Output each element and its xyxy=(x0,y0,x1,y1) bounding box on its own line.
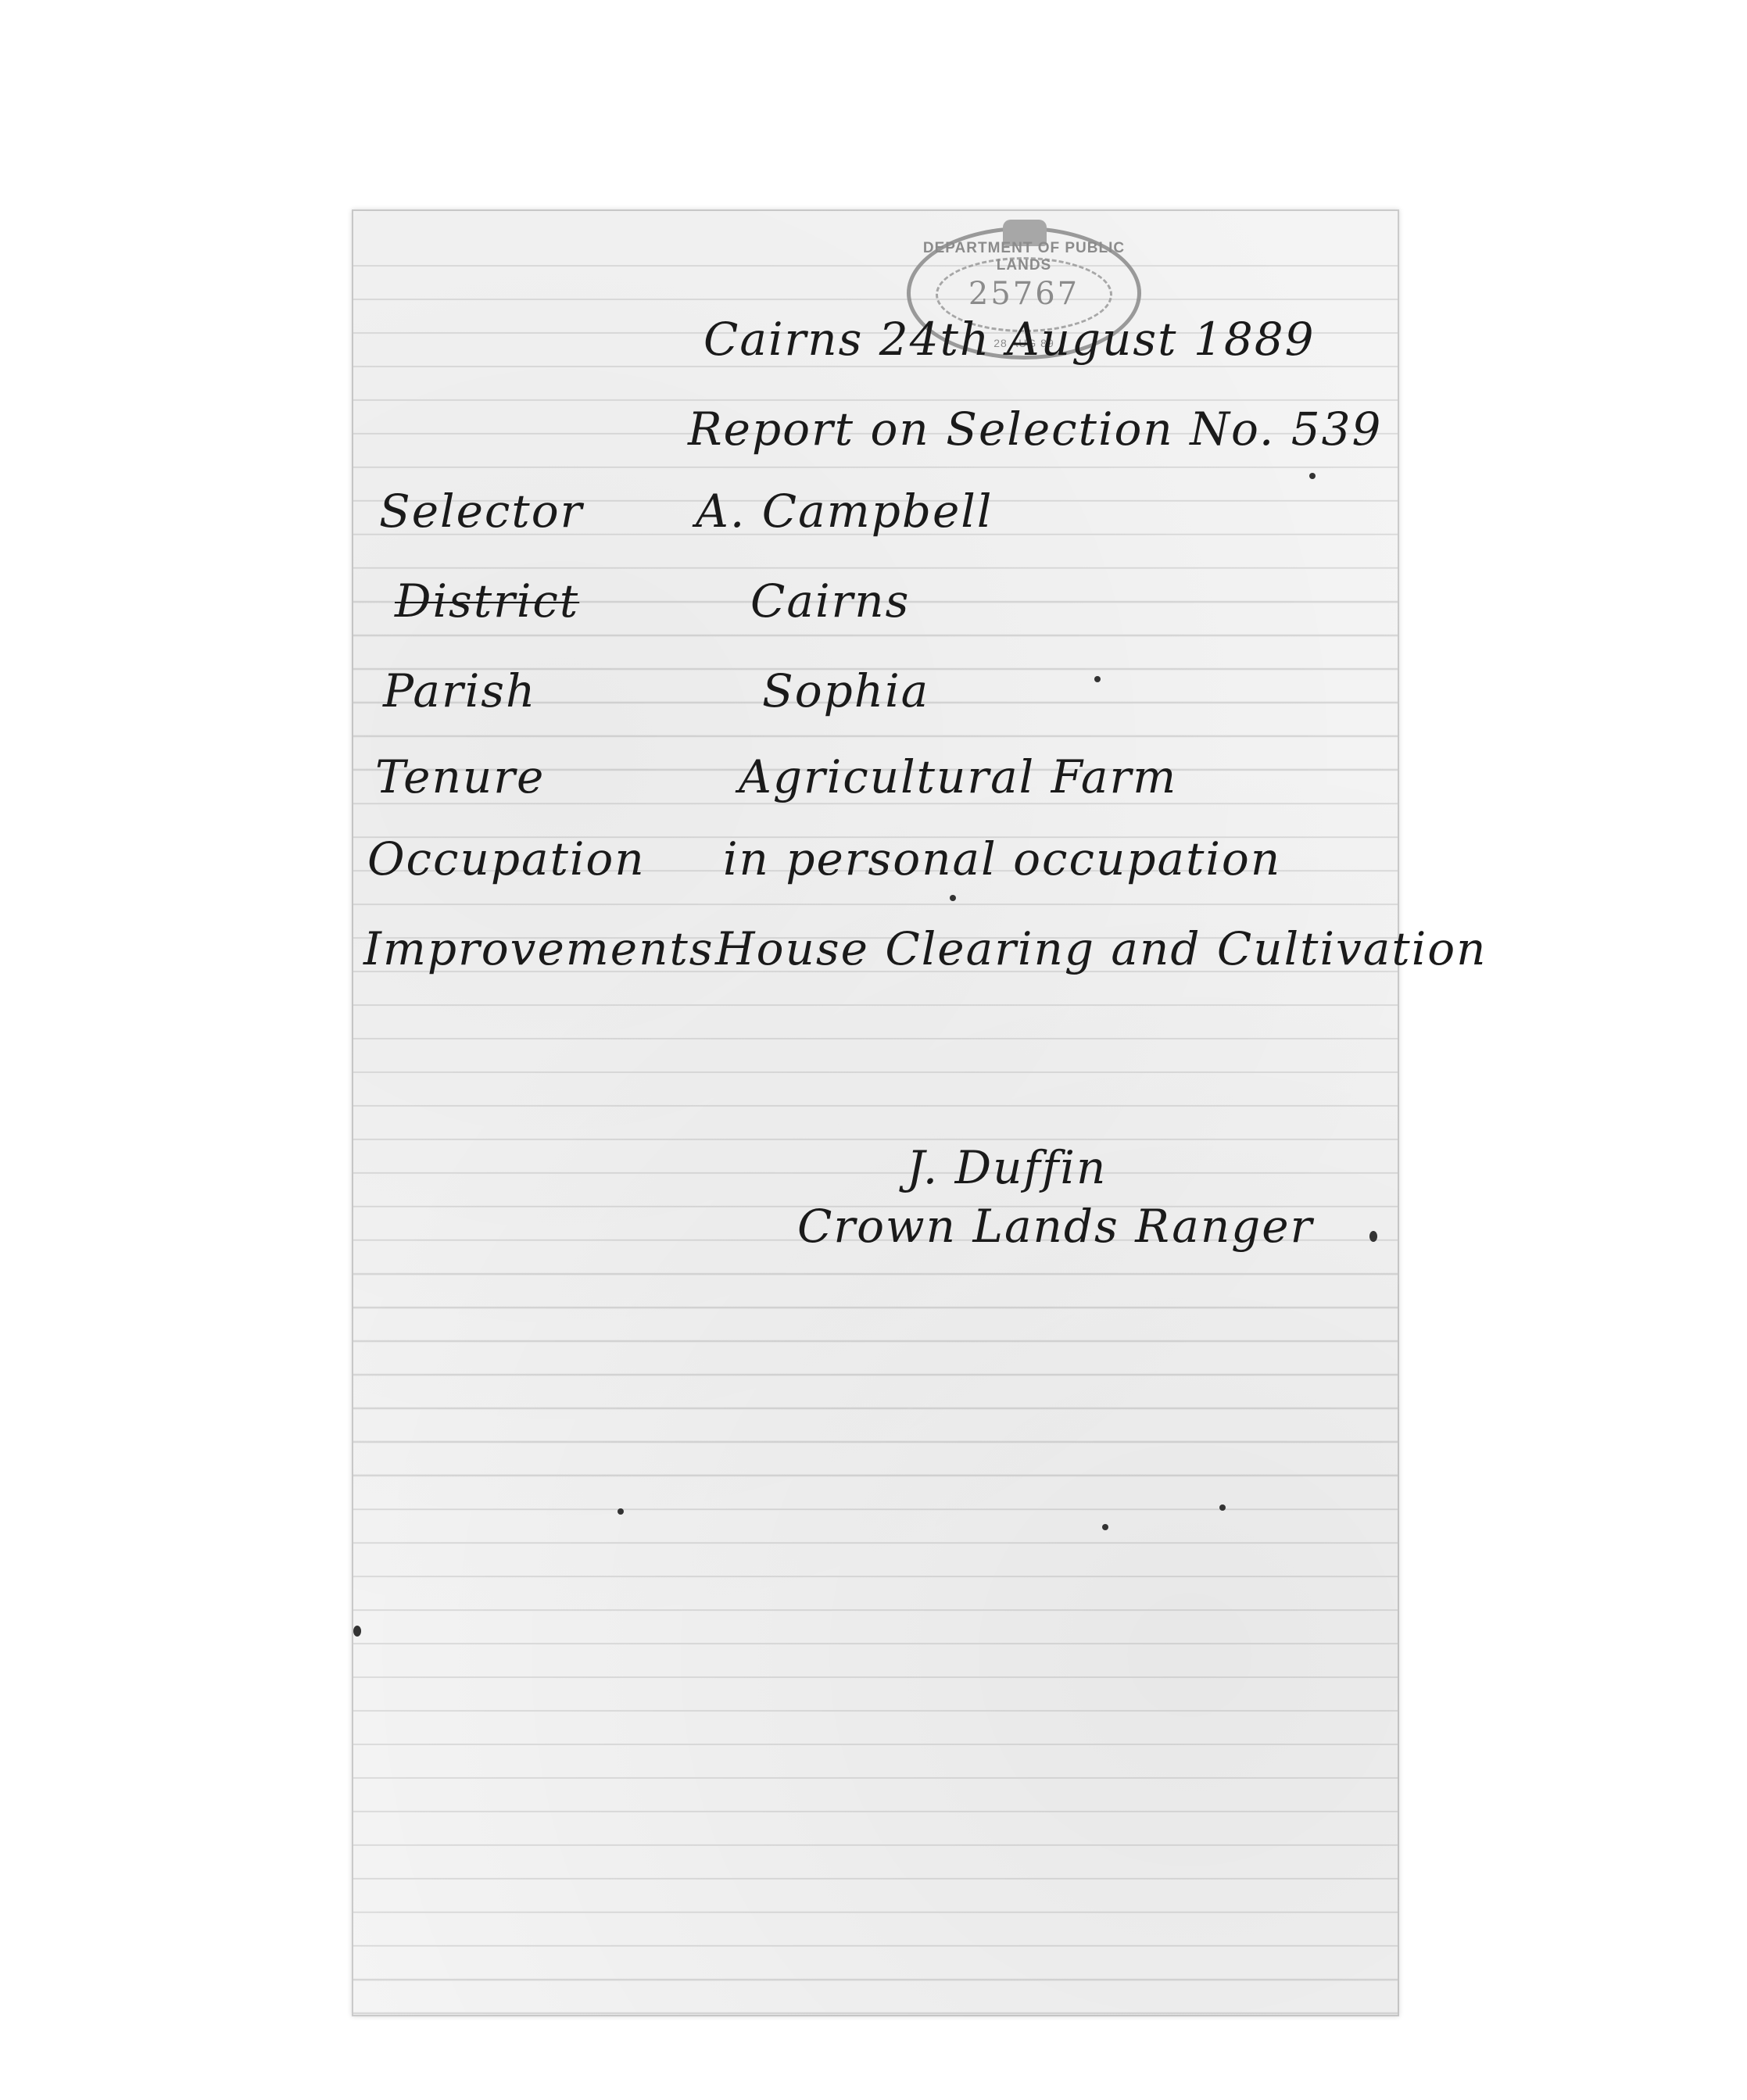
field-label-occupation: Occupation xyxy=(367,832,646,885)
document-page xyxy=(352,209,1399,2016)
stamp-number: 25767 xyxy=(911,276,1137,312)
ink-speck xyxy=(1309,473,1316,479)
ink-speck xyxy=(618,1508,624,1515)
ink-speck xyxy=(1219,1504,1226,1511)
field-label-selector: Selector xyxy=(379,485,583,538)
field-label-tenure: Tenure xyxy=(375,750,545,803)
field-label-district: District xyxy=(395,574,579,628)
field-value-parish: Sophia xyxy=(762,664,929,717)
place-date: Cairns 24th August 1889 xyxy=(703,313,1316,366)
ink-speck xyxy=(1094,676,1101,682)
field-value-tenure: Agricultural Farm xyxy=(739,750,1177,803)
field-value-occupation: in personal occupation xyxy=(723,832,1281,885)
field-value-improvements: House Clearing and Cultivation xyxy=(715,922,1487,975)
ink-speck xyxy=(950,895,956,901)
ink-speck xyxy=(1102,1524,1108,1530)
report-title: Report on Selection No. 539 xyxy=(688,402,1382,456)
stamp-department: DEPARTMENT OF PUBLIC LANDS xyxy=(911,240,1137,274)
ink-speck xyxy=(1369,1231,1377,1242)
field-label-improvements: Improvements xyxy=(363,922,714,975)
field-value-district: Cairns xyxy=(750,574,910,628)
ink-speck xyxy=(353,1626,361,1637)
field-label-parish: Parish xyxy=(383,664,536,717)
signature-title: Crown Lands Ranger xyxy=(797,1200,1313,1253)
field-value-selector: A. Campbell xyxy=(696,485,993,538)
signature-name: J. Duffin xyxy=(907,1141,1107,1194)
